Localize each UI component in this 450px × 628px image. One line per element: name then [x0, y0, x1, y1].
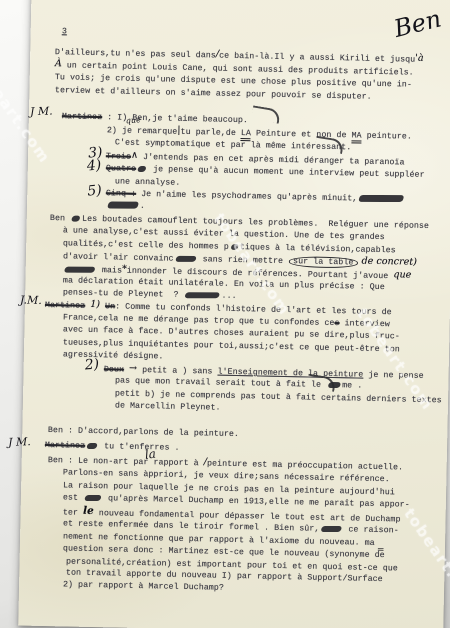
typed-text: ce raison-: [343, 525, 399, 535]
typed-text: MA: [351, 131, 361, 143]
ink-scribble: [230, 244, 239, 250]
handwritten-insertion: *: [122, 264, 127, 275]
typed-text: tiques à la télévision,capables: [240, 243, 396, 255]
typed-text: Ben : D'accord,parlons de la peinture.: [48, 426, 239, 439]
ink-scribble: [71, 216, 81, 222]
handwritten-insertion: →: [129, 363, 137, 374]
handwritten-annotation: J.M.: [20, 294, 42, 305]
typed-text: de Marcellin Pleynet.: [115, 401, 221, 412]
handwritten-insertion: /: [216, 48, 219, 59]
swoosh-mark: [251, 105, 281, 123]
handwritten-annotation: 5): [86, 183, 101, 198]
handwritten-insertion: ∧: [131, 150, 138, 161]
typed-text: qualités,c'est celle des hommes p: [63, 239, 229, 251]
typed-text: peinture.: [362, 132, 412, 142]
typed-line: de Marcellin Pleynet.: [115, 401, 221, 413]
ink-scribble: [185, 292, 221, 298]
typed-line: .: [106, 201, 145, 212]
typed-text: tu parle,de: [180, 128, 241, 138]
handwritten-insertion: 'à: [415, 53, 424, 64]
typed-text: ...: [221, 292, 236, 301]
typed-text: interview: [339, 319, 389, 329]
typed-line: Ben : D'accord,parlons de la peinture.: [48, 426, 239, 440]
handwritten-annotation: =: [377, 546, 385, 555]
typed-text: Cinq :: [106, 189, 136, 199]
typed-text: Martinez: [45, 441, 85, 451]
typed-line: une annalyse.: [115, 177, 181, 188]
handwritten-annotation: Ben: [392, 6, 444, 41]
typed-text: est: [63, 493, 83, 502]
typed-line: Cinq : Je n'aime les psychodrames qu'apr…: [106, 189, 406, 205]
handwritten-insertion: de concret): [358, 256, 417, 268]
handwritten-insertion: À: [55, 58, 62, 69]
ink-scribble: [175, 256, 197, 262]
ink-scribble: [137, 166, 147, 172]
typed-text: ter: [63, 508, 83, 517]
typed-text: 2) je remarque: [107, 126, 178, 136]
typed-text: peinture est ma préoccupation actuelle.: [207, 459, 403, 472]
typed-text: Ben : Le non-art par rapport à: [48, 456, 204, 468]
typed-text: Quatre: [106, 164, 136, 174]
typed-text: d'avoir l'air convainc: [63, 252, 174, 263]
handwritten-insertion: 1): [90, 299, 100, 310]
typed-text: sur la table: [289, 256, 358, 268]
typed-text: .: [140, 202, 145, 211]
handwritten-annotation: 4): [86, 158, 101, 173]
photo-background: 3D'ailleurs,tu n'es pas seul dans/ce bai…: [0, 0, 450, 628]
typed-text: l'Enseignement de la peinture: [217, 368, 363, 380]
typed-text: Deux: [104, 365, 124, 374]
typed-line: Martinez : I) Ben,je t'aime beaucoup.: [62, 112, 248, 126]
typed-text: agressivité désigne.: [63, 350, 164, 361]
typed-text: Martinez: [62, 112, 102, 122]
typed-text: Je n'aime les psychodrames qu'après minu…: [136, 190, 357, 204]
handwritten-annotation: 2): [84, 357, 99, 372]
handwritten-annotation: que: [126, 116, 142, 125]
typed-text: petit a ) sans: [137, 366, 218, 377]
typed-text: une annalyse.: [115, 177, 181, 187]
ink-scribble: [358, 195, 404, 202]
handwritten-insertion: le: [83, 505, 94, 517]
typed-text: ce bain-là.Il y a aussi Kirili et jusqu: [219, 52, 415, 65]
typed-text: Martinez: [45, 301, 85, 311]
typed-text: me .: [342, 381, 362, 390]
handwritten-annotation: J M.: [8, 436, 31, 448]
typed-text: : I) Ben,je t'aime beaucoup.: [102, 113, 248, 125]
typed-text: tu t'enferres .: [99, 442, 180, 453]
ink-scribble: [64, 267, 96, 273]
typed-text: je ne pense: [363, 371, 424, 381]
typed-text: 3: [62, 27, 67, 36]
handwritten-annotation: J M.: [30, 105, 53, 117]
typed-text: Ben: [50, 214, 70, 223]
typed-text: mais: [97, 266, 122, 276]
typed-text: sans rien mettre: [197, 255, 288, 266]
ink-scribble: [107, 202, 139, 209]
typed-line: agressivité désigne.: [63, 350, 164, 362]
typed-text: 2) par rapport à Marcel Duchamp?: [63, 580, 224, 592]
typed-line: 3: [62, 27, 67, 37]
typed-text: D'ailleurs,tu n'es pas seul dans: [55, 48, 216, 60]
typed-text: Trois: [106, 152, 131, 162]
handwritten-insertion: |: [177, 125, 180, 136]
typed-text: Un: [105, 302, 115, 311]
handwritten-insertion: que: [393, 269, 411, 280]
typed-line: 2) par rapport à Marcel Duchamp?: [63, 580, 224, 593]
handwritten-annotation: la: [144, 448, 156, 461]
document-page: 3D'ailleurs,tu n'es pas seul dans/ce bai…: [18, 0, 450, 628]
ink-scribble: [84, 495, 102, 501]
ink-scribble: [321, 526, 343, 532]
typed-line: Martinez tu t'enferres .: [45, 441, 180, 454]
typed-text: LA: [241, 129, 251, 141]
typed-text: penses-tu de Pleynet ?: [63, 288, 184, 300]
ink-scribble: [86, 443, 98, 449]
